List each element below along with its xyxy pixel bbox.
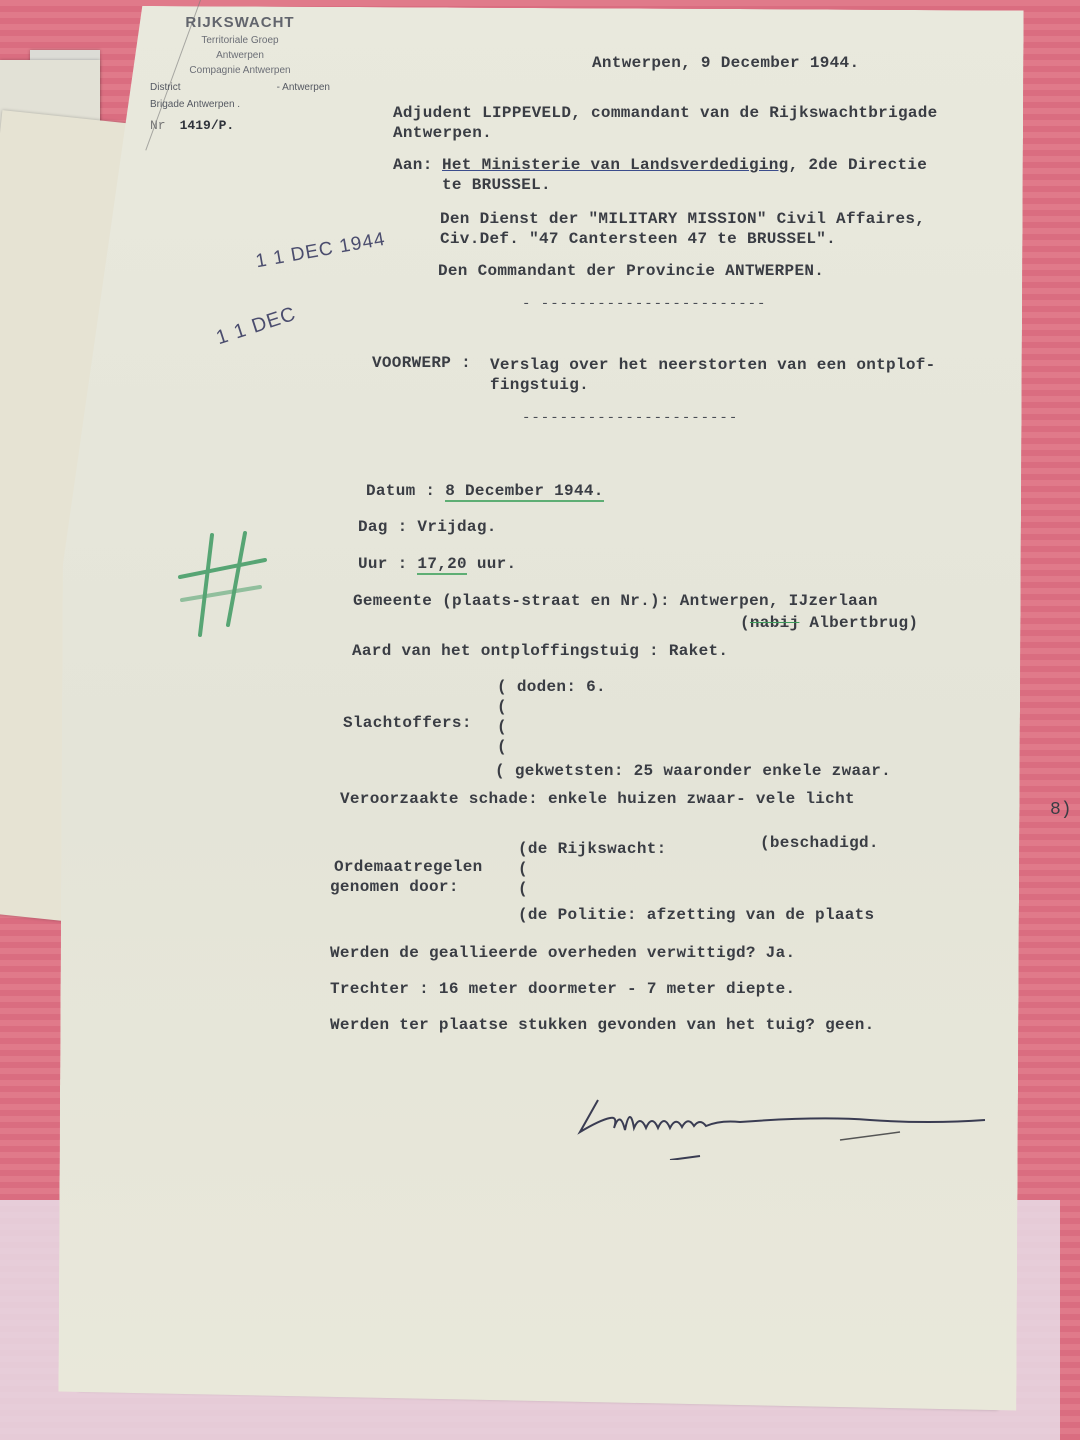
measures-police: (de Politie: afzetting van de plaats <box>518 906 874 924</box>
company-name: Compagnie Antwerpen <box>150 65 330 76</box>
nr-label: Nr <box>150 118 166 133</box>
wounded-count: gekwetsten: 25 waaronder enkele zwaar. <box>515 762 891 780</box>
bracket: ( <box>518 860 528 878</box>
explosive-type-value: Raket. <box>669 642 728 660</box>
time-field: Uur : 17,20 uur. <box>358 555 516 573</box>
district-value: - Antwerpen <box>277 82 330 93</box>
damage-field: Veroorzaakte schade: enkele huizen zwaar… <box>340 790 855 808</box>
location-label: Gemeente (plaats-straat en Nr.): <box>353 592 670 610</box>
bracket: ( <box>518 880 528 898</box>
green-hash-mark-icon <box>170 525 270 645</box>
nr-value: 1419/P. <box>180 118 235 133</box>
damage-label: Veroorzaakte schade: <box>340 790 538 808</box>
signature-icon <box>570 1080 990 1160</box>
day-value: Vrijdag. <box>417 518 496 536</box>
brigade-row: Brigade Antwerpen . <box>150 99 330 110</box>
explosive-type-field: Aard van het ontploffingstuig : Raket. <box>352 642 728 660</box>
location-field: Gemeente (plaats-straat en Nr.): Antwerp… <box>353 592 878 610</box>
bracket: ( <box>497 698 507 716</box>
separator-line: - ------------------------ <box>522 296 766 312</box>
recipient-2-line-1: Den Dienst der "MILITARY MISSION" Civil … <box>440 210 925 228</box>
date-field: Datum : 8 December 1944. <box>366 482 604 500</box>
location-struck-text: nabij <box>750 614 800 632</box>
measures-label-1: Ordemaatregelen <box>334 858 483 876</box>
separator-line-2: ----------------------- <box>522 410 738 426</box>
dead-count: doden: 6. <box>517 678 606 696</box>
damage-value-line-2: (beschadigd. <box>760 834 879 852</box>
district-label: District <box>150 82 181 93</box>
district-row: District - Antwerpen <box>150 82 330 93</box>
group-city: Antwerpen <box>150 50 330 61</box>
recipient-2-line-2: Civ.Def. "47 Cantersteen 47 te BRUSSEL". <box>440 230 836 248</box>
crater-field: Trechter : 16 meter doormeter - 7 meter … <box>330 980 795 998</box>
sender-line-2: Antwerpen. <box>393 124 492 142</box>
fragments-field: Werden ter plaatse stukken gevonden van … <box>330 1016 875 1034</box>
time-suffix: uur. <box>477 555 517 573</box>
date-label: Datum : <box>366 482 435 500</box>
victims-label: Slachtoffers: <box>343 714 472 732</box>
place-date: Antwerpen, 9 December 1944. <box>592 54 859 72</box>
group-name: Territoriale Groep <box>150 35 330 46</box>
edge-fragment-text: 8) <box>1050 800 1072 820</box>
day-label: Dag : <box>358 518 408 536</box>
sender-line-1: Adjudent LIPPEVELD, commandant van de Ri… <box>393 104 938 122</box>
bracket: ( <box>497 718 507 736</box>
victims-dead: ( doden: 6. <box>497 678 606 696</box>
subject-label: VOORWERP : <box>372 354 471 372</box>
organization-name: RIJKSWACHT <box>150 14 330 31</box>
day-field: Dag : Vrijdag. <box>358 518 497 536</box>
recipient-1-suffix: , 2de Directie <box>789 156 928 174</box>
location-value-line-2: (nabij Albertbrug) <box>740 614 918 632</box>
measures-gendarmerie: (de Rijkswacht: <box>518 840 667 858</box>
subject-line-1: Verslag over het neerstorten van een ont… <box>490 356 936 374</box>
time-value: 17,20 <box>417 555 467 575</box>
gendarmerie-text: de Rijkswacht: <box>528 840 667 858</box>
damage-value: enkele huizen zwaar- vele licht <box>548 790 855 808</box>
measures-label-2: genomen door: <box>330 878 459 896</box>
date-value: 8 December 1944. <box>445 482 603 502</box>
location-landmark: Albertbrug) <box>809 614 918 632</box>
time-label: Uur : <box>358 555 408 573</box>
recipients-label: Aan: <box>393 156 433 174</box>
victims-wounded: ( gekwetsten: 25 waaronder enkele zwaar. <box>495 762 891 780</box>
recipient-3: Den Commandant der Provincie ANTWERPEN. <box>438 262 824 280</box>
reference-number-row: Nr 1419/P. <box>150 118 330 133</box>
subject-line-2: fingstuig. <box>490 376 589 394</box>
brigade-name: Brigade Antwerpen . <box>150 99 240 110</box>
letterhead-stamp: RIJKSWACHT Territoriale Groep Antwerpen … <box>150 14 330 133</box>
recipient-1: Het Ministerie van Landsverdediging, 2de… <box>442 156 927 174</box>
allied-notified-field: Werden de geallieerde overheden verwitti… <box>330 944 795 962</box>
recipient-1-name: Het Ministerie van Landsverdediging <box>442 156 789 174</box>
bracket: ( <box>497 738 507 756</box>
police-text: de Politie: afzetting van de plaats <box>528 906 875 924</box>
location-value: Antwerpen, IJzerlaan <box>680 592 878 610</box>
explosive-type-label: Aard van het ontploffingstuig : <box>352 642 659 660</box>
recipient-1-city: te BRUSSEL. <box>442 176 551 194</box>
